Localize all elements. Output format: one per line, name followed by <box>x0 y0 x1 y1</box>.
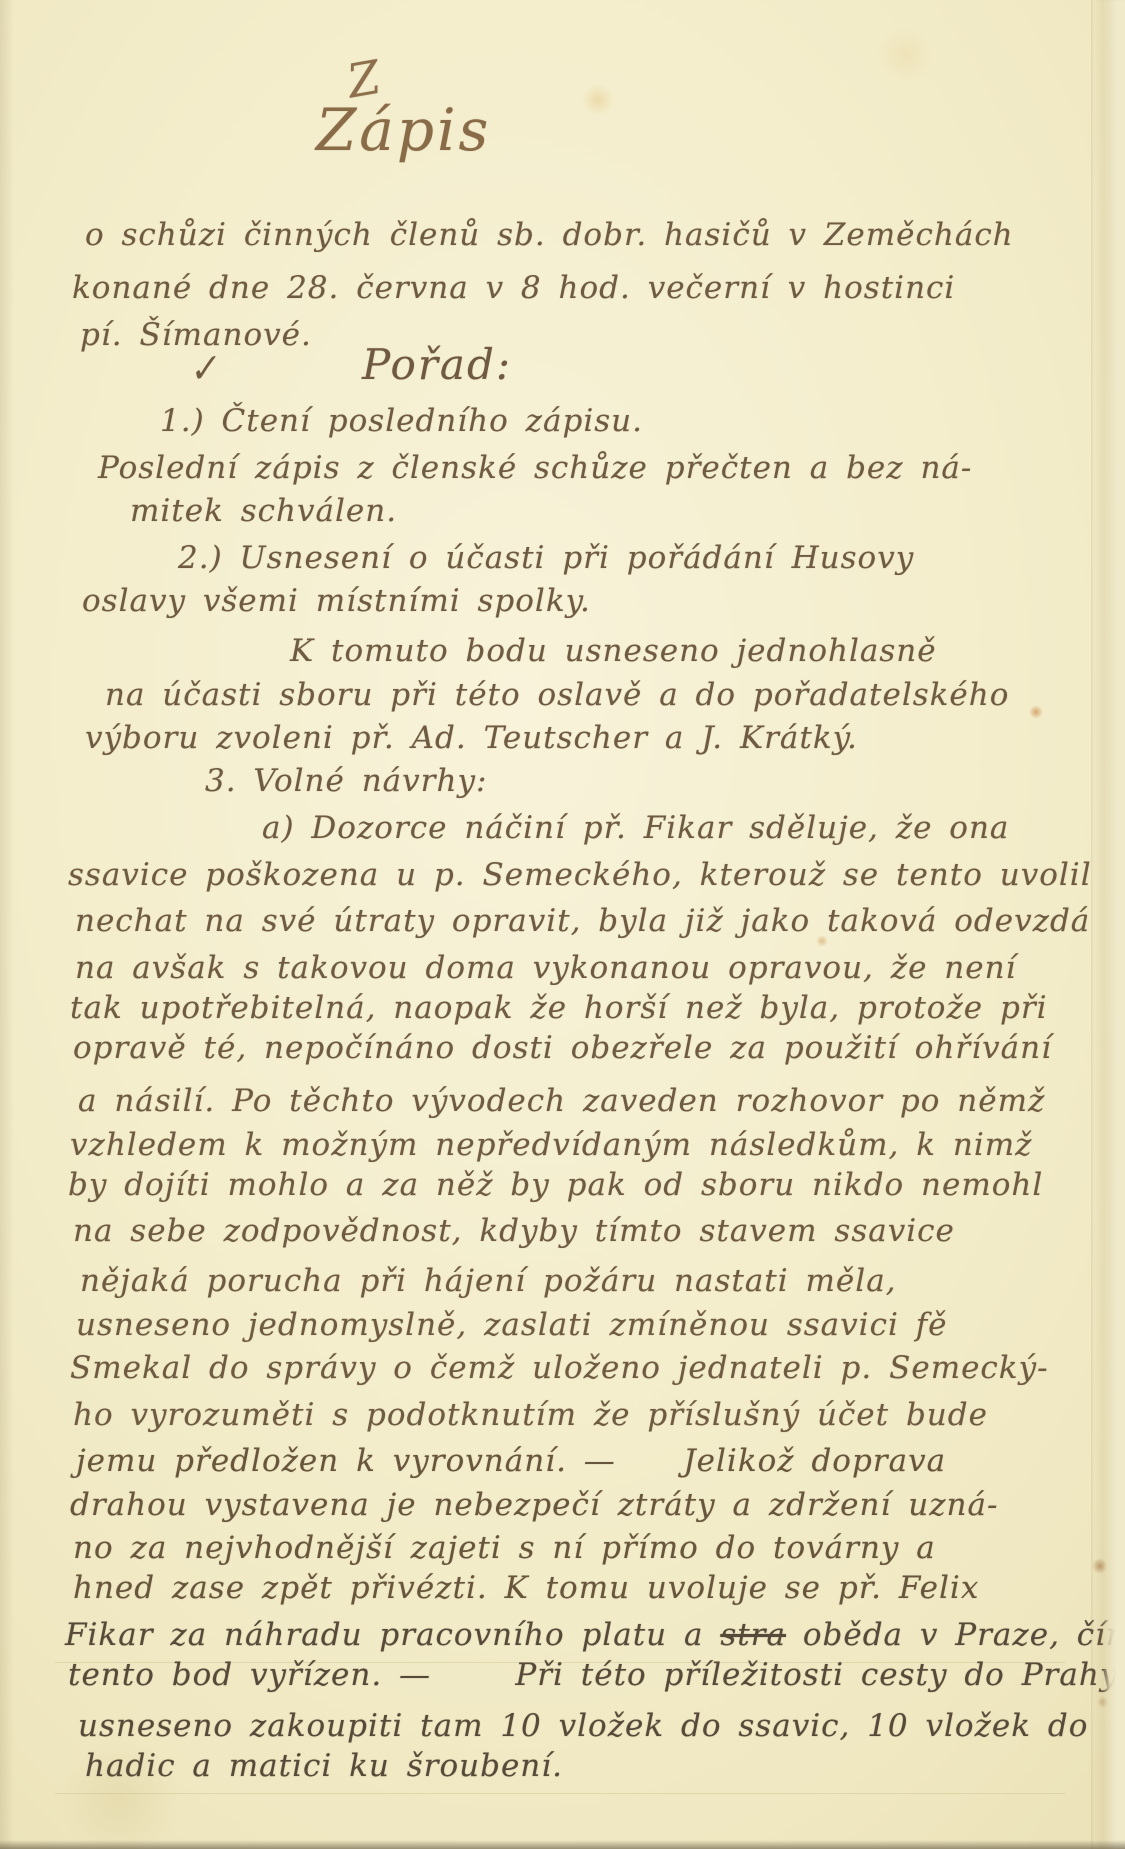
manuscript-line: na účasti sboru při této oslavě a do poř… <box>105 677 1009 714</box>
manuscript-line: vzhledem k možným nepředvídaným následků… <box>70 1127 1032 1164</box>
manuscript-line: výboru zvoleni př. Ad. Teutscher a J. Kr… <box>85 720 858 757</box>
manuscript-line: nějaká porucha při hájení požáru nastati… <box>80 1263 897 1300</box>
manuscript-line: Poslední zápis z členské schůze přečten … <box>98 450 972 487</box>
manuscript-line: nechat na své útraty opravit, byla již j… <box>75 903 1090 940</box>
manuscript-line: na sebe zodpovědnost, kdyby tímto stavem… <box>73 1213 955 1250</box>
manuscript-line: tak upotřebitelná, naopak že horší než b… <box>70 990 1048 1027</box>
manuscript-line: hned zase zpět přivézti. K tomu uvoluje … <box>73 1570 979 1607</box>
manuscript-line: opravě té, nepočínáno dosti obezřele za … <box>73 1030 1052 1067</box>
manuscript-line: oslavy všemi místními spolky. <box>82 583 591 620</box>
manuscript-line: na avšak s takovou doma vykonanou opravo… <box>75 950 1016 987</box>
page-edge-bottom <box>0 1840 1125 1849</box>
faint-rule-line <box>55 1793 1065 1794</box>
manuscript-line: ssavice poškozena u p. Semeckého, kterou… <box>68 857 1092 894</box>
manuscript-line: konané dne 28. června v 8 hod. večerní v… <box>72 270 955 307</box>
manuscript-line: 2.) Usnesení o účasti při pořádání Husov… <box>178 540 914 577</box>
manuscript-line: 1.) Čtení posledního zápisu. <box>160 403 643 440</box>
manuscript-line: o schůzi činných členů sb. dobr. hasičů … <box>85 217 1014 254</box>
manuscript-line: jemu předložen k vyrovnání. — Jelikož do… <box>76 1443 946 1480</box>
manuscript-line: Fikar za náhradu pracovního platu a stra… <box>65 1617 1125 1654</box>
manuscript-line: tento bod vyřízen. — Při této příležitos… <box>68 1657 1118 1694</box>
manuscript-line: a násilí. Po těchto vývodech zaveden roz… <box>78 1083 1045 1120</box>
manuscript-line: 3. Volné návrhy: <box>205 763 487 800</box>
manuscript-line: by dojíti mohlo a za něž by pak od sboru… <box>68 1167 1043 1204</box>
manuscript-line: mitek schválen. <box>130 493 397 530</box>
manuscript-page: Z Zápis o schůzi činných členů sb. dobr.… <box>0 0 1125 1849</box>
manuscript-line: no za nejvhodnější zajeti s ní přímo do … <box>73 1530 936 1567</box>
manuscript-line: hadic a matici ku šroubení. <box>85 1748 563 1785</box>
manuscript-line: usneseno jednomyslně, zaslati zmíněnou s… <box>76 1307 948 1344</box>
manuscript-line: usneseno zakoupiti tam 10 vložek do ssav… <box>78 1708 1088 1745</box>
page-edge-right <box>1091 0 1125 1849</box>
line-segment: Fikar za náhradu pracovního platu a <box>65 1617 720 1653</box>
manuscript-line: a) Dozorce náčiní př. Fikar sděluje, že … <box>262 810 1009 847</box>
page-edge-left <box>0 0 14 1849</box>
agenda-heading: Pořad: <box>362 340 512 390</box>
struck-word: stra <box>720 1617 786 1653</box>
manuscript-line: Smekal do správy o čemž uloženo jednatel… <box>70 1350 1049 1387</box>
manuscript-line: drahou vystavena je nebezpečí ztráty a z… <box>70 1487 998 1524</box>
page-title: Zápis <box>316 96 491 166</box>
manuscript-line: K tomuto bodu usneseno jednohlasně <box>290 633 937 670</box>
line-segment: oběda v Praze, čímž <box>786 1617 1125 1653</box>
manuscript-line: ho vyrozuměti s podotknutím že příslušný… <box>73 1397 988 1434</box>
